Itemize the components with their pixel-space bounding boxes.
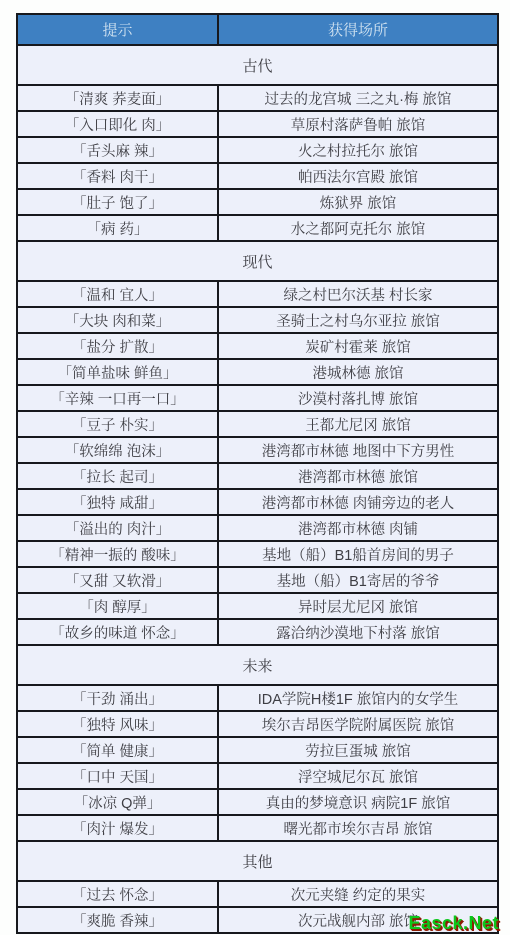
- table-row: 「拉长 起司」港湾都市林德 旅馆: [17, 463, 498, 489]
- location-cell: 水之都阿克托尔 旅馆: [218, 215, 498, 241]
- location-cell: 异时层尤尼冈 旅馆: [218, 593, 498, 619]
- table-body: 古代「清爽 荞麦面」过去的龙宫城 三之丸·梅 旅馆「入口即化 肉」草原村落萨鲁帕…: [17, 45, 498, 933]
- hint-cell: 「豆子 朴实」: [17, 411, 218, 437]
- location-cell: 港城林德 旅馆: [218, 359, 498, 385]
- hint-cell: 「大块 肉和菜」: [17, 307, 218, 333]
- table-row: 「独特 咸甜」港湾都市林德 肉铺旁边的老人: [17, 489, 498, 515]
- table-row: 「冰凉 Q弹」真由的梦境意识 病院1F 旅馆: [17, 789, 498, 815]
- table-row: 「软绵绵 泡沫」港湾都市林德 地图中下方男性: [17, 437, 498, 463]
- table-row: 「入口即化 肉」草原村落萨鲁帕 旅馆: [17, 111, 498, 137]
- table-row: 「大块 肉和菜」圣骑士之村乌尔亚拉 旅馆: [17, 307, 498, 333]
- location-cell: 次元夹缝 约定的果实: [218, 881, 498, 907]
- location-cell: 埃尔吉昂医学院附属医院 旅馆: [218, 711, 498, 737]
- location-cell: 帕西法尔宫殿 旅馆: [218, 163, 498, 189]
- table-row: 「舌头麻 辣」火之村拉托尔 旅馆: [17, 137, 498, 163]
- table-row: 「辛辣 一口再一口」沙漠村落扎博 旅馆: [17, 385, 498, 411]
- section-header-row: 其他: [17, 841, 498, 881]
- table-row: 「口中 天国」浮空城尼尔瓦 旅馆: [17, 763, 498, 789]
- location-cell: 曙光都市埃尔吉昂 旅馆: [218, 815, 498, 841]
- hint-cell: 「爽脆 香辣」: [17, 907, 218, 933]
- hint-cell: 「冰凉 Q弹」: [17, 789, 218, 815]
- hint-cell: 「清爽 荞麦面」: [17, 85, 218, 111]
- hints-table: 提示 获得场所 古代「清爽 荞麦面」过去的龙宫城 三之丸·梅 旅馆「入口即化 肉…: [16, 13, 499, 934]
- section-header-row: 现代: [17, 241, 498, 281]
- hint-cell: 「口中 天国」: [17, 763, 218, 789]
- hint-cell: 「简单 健康」: [17, 737, 218, 763]
- hint-cell: 「病 药」: [17, 215, 218, 241]
- table-row: 「独特 风味」埃尔吉昂医学院附属医院 旅馆: [17, 711, 498, 737]
- table-row: 「肉汁 爆发」曙光都市埃尔吉昂 旅馆: [17, 815, 498, 841]
- hint-cell: 「辛辣 一口再一口」: [17, 385, 218, 411]
- hint-cell: 「干劲 涌出」: [17, 685, 218, 711]
- hint-cell: 「盐分 扩散」: [17, 333, 218, 359]
- section-header-row: 古代: [17, 45, 498, 85]
- section-title: 古代: [17, 45, 498, 85]
- location-cell: 炼狱界 旅馆: [218, 189, 498, 215]
- location-cell: 绿之村巴尔沃基 村长家: [218, 281, 498, 307]
- col-header-hint: 提示: [17, 14, 218, 45]
- section-title: 未来: [17, 645, 498, 685]
- location-cell: 炭矿村霍莱 旅馆: [218, 333, 498, 359]
- location-cell: 圣骑士之村乌尔亚拉 旅馆: [218, 307, 498, 333]
- table-row: 「简单 健康」劳拉巨蛋城 旅馆: [17, 737, 498, 763]
- table-row: 「干劲 涌出」IDA学院H楼1F 旅馆内的女学生: [17, 685, 498, 711]
- hint-cell: 「溢出的 肉汁」: [17, 515, 218, 541]
- hint-cell: 「肉 醇厚」: [17, 593, 218, 619]
- page: 提示 获得场所 古代「清爽 荞麦面」过去的龙宫城 三之丸·梅 旅馆「入口即化 肉…: [0, 0, 510, 935]
- watermark: Easck.Net: [408, 913, 499, 934]
- table-row: 「精神一振的 酸味」基地（船）B1船首房间的男子: [17, 541, 498, 567]
- location-cell: 港湾都市林德 旅馆: [218, 463, 498, 489]
- location-cell: 沙漠村落扎博 旅馆: [218, 385, 498, 411]
- hint-cell: 「又甜 又软滑」: [17, 567, 218, 593]
- table-row: 「病 药」水之都阿克托尔 旅馆: [17, 215, 498, 241]
- hint-cell: 「香料 肉干」: [17, 163, 218, 189]
- hint-cell: 「过去 怀念」: [17, 881, 218, 907]
- location-cell: 港湾都市林德 地图中下方男性: [218, 437, 498, 463]
- hint-cell: 「肚子 饱了」: [17, 189, 218, 215]
- location-cell: 过去的龙宫城 三之丸·梅 旅馆: [218, 85, 498, 111]
- table-row: 「溢出的 肉汁」港湾都市林德 肉铺: [17, 515, 498, 541]
- table-row: 「肚子 饱了」炼狱界 旅馆: [17, 189, 498, 215]
- hint-cell: 「独特 风味」: [17, 711, 218, 737]
- location-cell: 王都尤尼冈 旅馆: [218, 411, 498, 437]
- table-row: 「又甜 又软滑」基地（船）B1寄居的爷爷: [17, 567, 498, 593]
- location-cell: 草原村落萨鲁帕 旅馆: [218, 111, 498, 137]
- hint-cell: 「肉汁 爆发」: [17, 815, 218, 841]
- section-title: 其他: [17, 841, 498, 881]
- table-row: 「盐分 扩散」炭矿村霍莱 旅馆: [17, 333, 498, 359]
- hint-cell: 「故乡的味道 怀念」: [17, 619, 218, 645]
- hint-cell: 「入口即化 肉」: [17, 111, 218, 137]
- table-row: 「清爽 荞麦面」过去的龙宫城 三之丸·梅 旅馆: [17, 85, 498, 111]
- table-row: 「故乡的味道 怀念」露洽纳沙漠地下村落 旅馆: [17, 619, 498, 645]
- table-row: 「温和 宜人」绿之村巴尔沃基 村长家: [17, 281, 498, 307]
- location-cell: 劳拉巨蛋城 旅馆: [218, 737, 498, 763]
- hint-cell: 「温和 宜人」: [17, 281, 218, 307]
- location-cell: 露洽纳沙漠地下村落 旅馆: [218, 619, 498, 645]
- table-row: 「肉 醇厚」异时层尤尼冈 旅馆: [17, 593, 498, 619]
- location-cell: 基地（船）B1寄居的爷爷: [218, 567, 498, 593]
- hint-cell: 「简单盐味 鲜鱼」: [17, 359, 218, 385]
- hint-cell: 「舌头麻 辣」: [17, 137, 218, 163]
- location-cell: IDA学院H楼1F 旅馆内的女学生: [218, 685, 498, 711]
- table-row: 「豆子 朴实」王都尤尼冈 旅馆: [17, 411, 498, 437]
- section-title: 现代: [17, 241, 498, 281]
- location-cell: 港湾都市林德 肉铺旁边的老人: [218, 489, 498, 515]
- table-header-row: 提示 获得场所: [17, 14, 498, 45]
- location-cell: 基地（船）B1船首房间的男子: [218, 541, 498, 567]
- section-header-row: 未来: [17, 645, 498, 685]
- table-row: 「香料 肉干」帕西法尔宫殿 旅馆: [17, 163, 498, 189]
- location-cell: 火之村拉托尔 旅馆: [218, 137, 498, 163]
- location-cell: 真由的梦境意识 病院1F 旅馆: [218, 789, 498, 815]
- location-cell: 浮空城尼尔瓦 旅馆: [218, 763, 498, 789]
- hint-cell: 「独特 咸甜」: [17, 489, 218, 515]
- col-header-location: 获得场所: [218, 14, 498, 45]
- hint-cell: 「软绵绵 泡沫」: [17, 437, 218, 463]
- table-row: 「过去 怀念」次元夹缝 约定的果实: [17, 881, 498, 907]
- hint-cell: 「精神一振的 酸味」: [17, 541, 218, 567]
- location-cell: 港湾都市林德 肉铺: [218, 515, 498, 541]
- table-row: 「简单盐味 鲜鱼」港城林德 旅馆: [17, 359, 498, 385]
- hint-cell: 「拉长 起司」: [17, 463, 218, 489]
